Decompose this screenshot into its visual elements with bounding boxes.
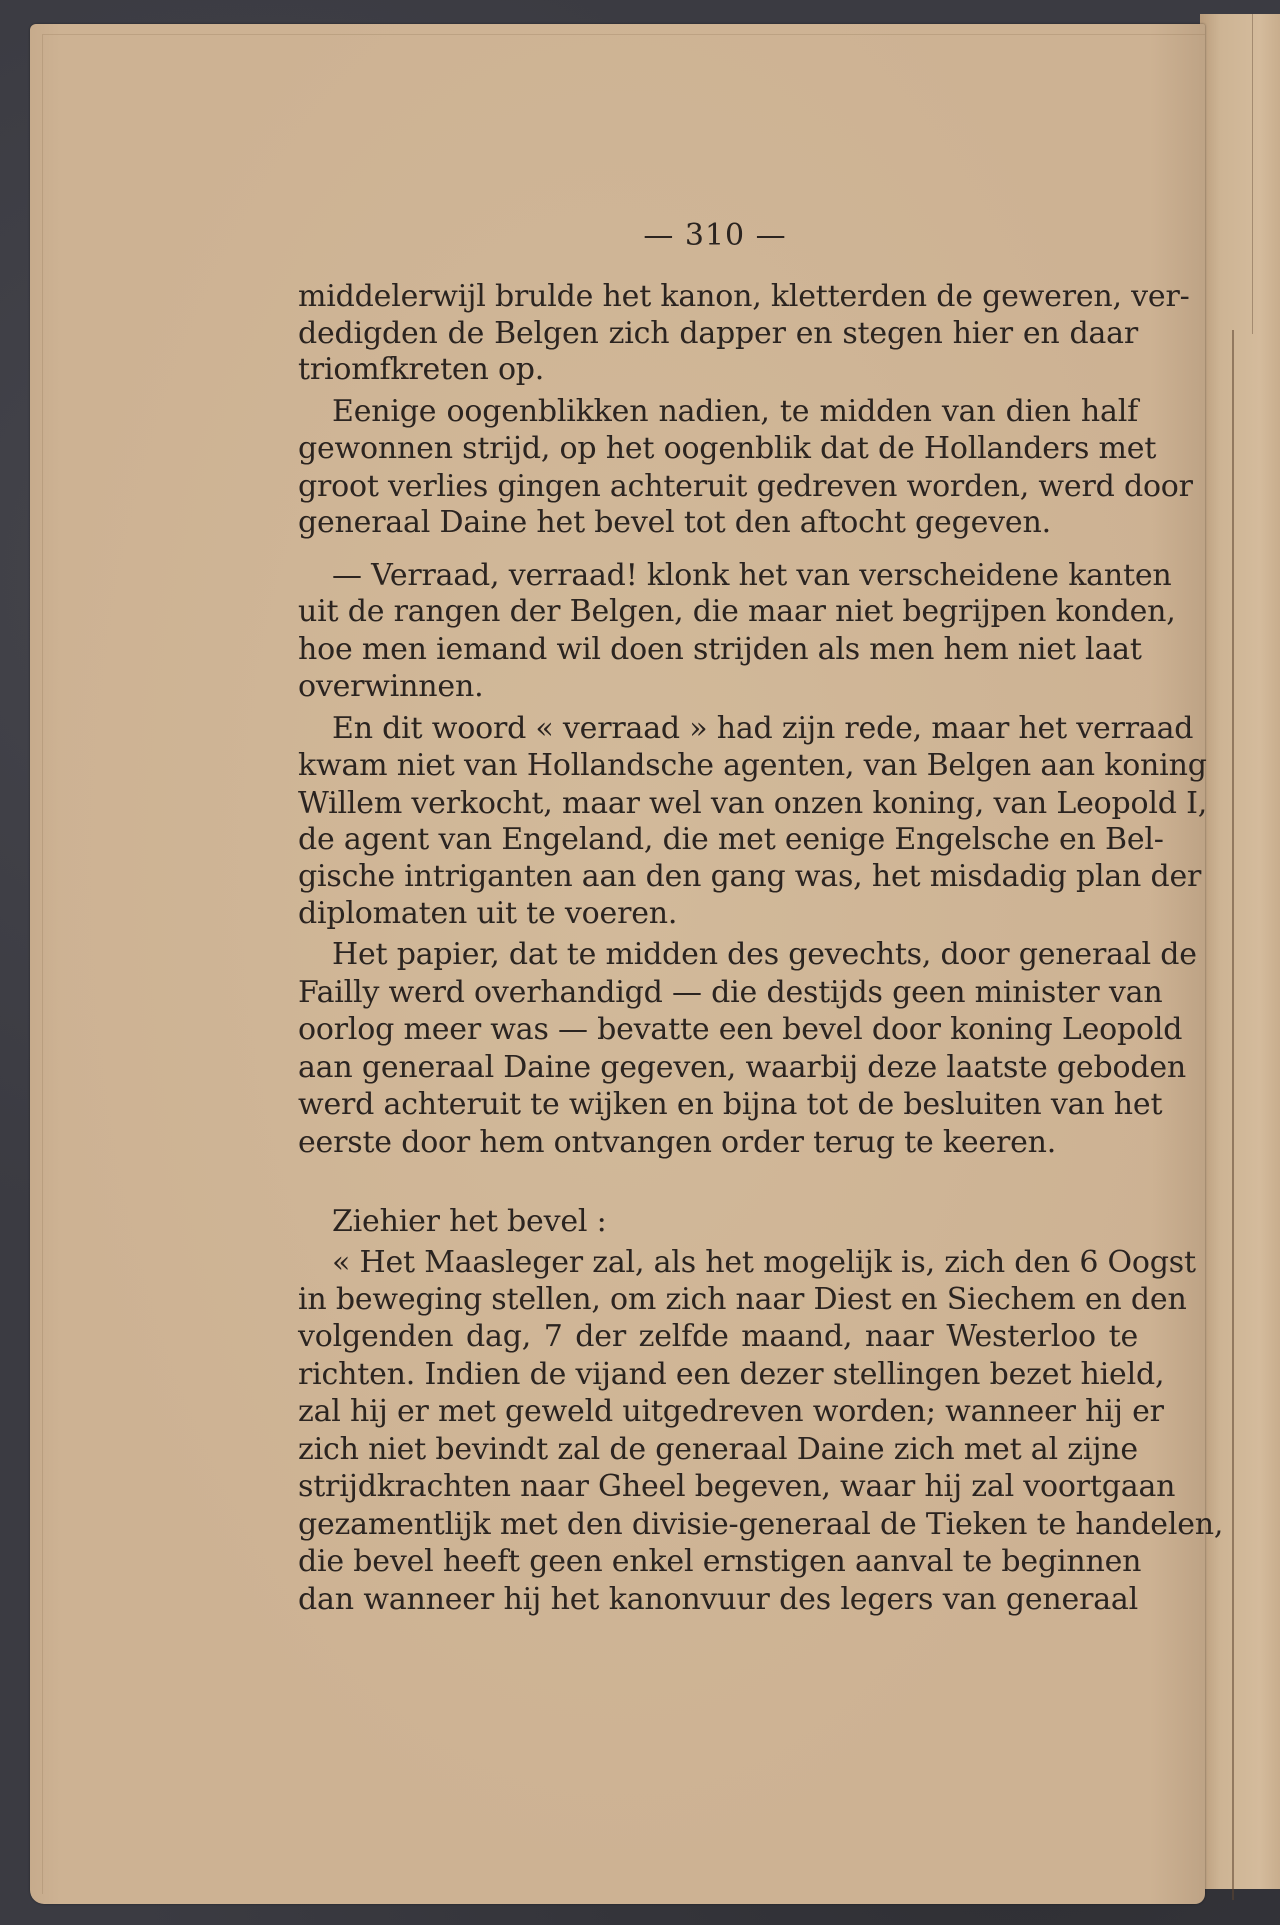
text-line: hoe men iemand wil doen strijden als men… [298, 632, 1138, 668]
text-line: dan wanneer hij het kanonvuur des legers… [298, 1582, 1138, 1618]
page-crease [1232, 330, 1234, 1900]
text-line: uit de rangen der Belgen, die maar niet … [298, 594, 1138, 630]
text-line: richten. Indien de vijand een dezer stel… [298, 1357, 1138, 1393]
text-line: kwam niet van Hollandsche agenten, van B… [298, 748, 1138, 784]
text-line: aan generaal Daine gegeven, waarbij deze… [298, 1050, 1138, 1086]
text-line: — Verraad, verraad! klonk het van versch… [332, 558, 1138, 594]
text-line: gewonnen strijd, op het oogenblik dat de… [298, 431, 1138, 467]
text-line: de agent van Engeland, die met eenige En… [298, 822, 1138, 858]
text-line: Willem verkocht, maar wel van onzen koni… [298, 786, 1138, 822]
page-crease-top [1252, 14, 1253, 334]
text-line: En dit woord « verraad » had zijn rede, … [332, 711, 1138, 747]
text-line: zich niet bevindt zal de generaal Daine … [298, 1432, 1138, 1468]
text-line: triomfkreten op. [298, 352, 1138, 388]
text-line: Failly werd overhandigd — die destijds g… [298, 975, 1138, 1011]
text-line: Eenige oogenblikken nadien, te midden va… [332, 394, 1138, 430]
text-line: in beweging stellen, om zich naar Diest … [298, 1282, 1138, 1318]
text-line: Het papier, dat te midden des gevechts, … [332, 937, 1138, 973]
text-line: diplomaten uit te voeren. [298, 896, 1138, 932]
text-line: groot verlies gingen achteruit gedreven … [298, 469, 1138, 505]
text-line: werd achteruit te wijken en bijna tot de… [298, 1087, 1138, 1123]
text-line: zal hij er met geweld uitgedreven worden… [298, 1394, 1138, 1430]
text-line: eerste door hem ontvangen order terug te… [298, 1125, 1138, 1161]
text-line: Ziehier het bevel : [332, 1204, 1138, 1240]
text-line: overwinnen. [298, 669, 1138, 705]
text-line: middelerwijl brulde het kanon, kletterde… [298, 279, 1138, 315]
text-line: volgenden dag, 7 der zelfde maand, naar … [298, 1319, 1138, 1355]
text-line: gische intriganten aan den gang was, het… [298, 859, 1138, 895]
text-line: strijdkrachten naar Gheel begeven, waar … [298, 1469, 1138, 1505]
adjacent-page-edge [1200, 14, 1280, 1889]
text-line: oorlog meer was — bevatte een bevel door… [298, 1012, 1138, 1048]
text-line: dedigden de Belgen zich dapper en stegen… [298, 316, 1138, 352]
text-line: die bevel heeft geen enkel ernstigen aan… [298, 1544, 1138, 1580]
text-line: gezamentlijk met den divisie-generaal de… [298, 1507, 1138, 1543]
text-line: generaal Daine het bevel tot den aftocht… [298, 505, 1138, 541]
text-line: « Het Maasleger zal, als het mogelijk is… [332, 1245, 1138, 1281]
page-number: — 310 — [640, 218, 790, 253]
